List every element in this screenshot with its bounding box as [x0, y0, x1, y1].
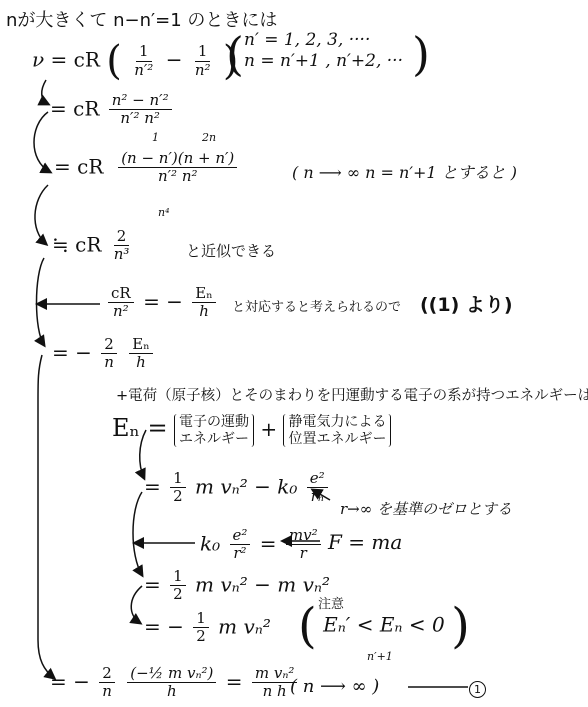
coulomb-constant: k₀ — [277, 474, 297, 498]
final-equation: = − 2n (−½ m vₙ²)h = m vₙ²n h — [50, 665, 300, 701]
eq-minus: = − — [52, 340, 92, 364]
energy-intro: +電荷（原子核）とそのまわりを円運動する電子の系が持つエネルギーは — [116, 384, 588, 405]
kinetic-term: m vₙ² — [195, 474, 248, 498]
frac-num: 1 — [193, 610, 209, 628]
frac-num: n² − n′² — [109, 92, 172, 110]
frac-num: cR — [108, 285, 134, 303]
eq: = — [260, 531, 277, 555]
approx-note: と近似できる — [186, 240, 276, 261]
energy-definition: Eₙ = 電子の運動エネルギー + 静電気力による位置エネルギー — [112, 414, 391, 447]
condition-line2: n = n′+1 , n′+2, ··· — [230, 51, 403, 72]
frac-num: (n − n′)(n + n′) — [118, 150, 237, 168]
condition-line1: n′ = 1, 2, 3, ···· — [230, 30, 403, 51]
step2-equation: = cR (n − n′)(n + n′)n′² n² — [54, 150, 246, 186]
frac-num: 1 — [170, 470, 186, 488]
eq-minus: = − — [143, 289, 183, 313]
frac-den: n h — [260, 683, 290, 700]
brace-label-n4: n⁴ — [158, 206, 170, 219]
approx-cr: ≒ cR — [52, 232, 101, 256]
newton-law: F = ma — [328, 530, 402, 554]
nu-symbol: ν — [32, 48, 44, 72]
frac-den: n — [99, 683, 115, 700]
kinetic-term: m vₙ² — [195, 572, 248, 596]
eq-cr: = cR — [54, 154, 103, 178]
equation-number: 1 — [469, 678, 486, 698]
box-line: 電子の運動 — [179, 414, 249, 430]
frac-den: h — [133, 354, 149, 371]
kinetic-term: m vₙ² — [218, 614, 271, 638]
frac-num: e² — [307, 470, 328, 488]
eq: = — [226, 669, 243, 693]
eq-minus: = − — [144, 614, 184, 638]
potential-energy-box: 静電気力による位置エネルギー — [283, 414, 391, 446]
plus: + — [260, 417, 277, 441]
energy-step1: = 12 m vₙ² − k₀ e²rₙ — [144, 470, 331, 506]
caution-expr: Eₙ′ < Eₙ < 0 — [323, 613, 445, 637]
eq-minus: = − — [50, 669, 90, 693]
condition-note: ( n′ = 1, 2, 3, ···· n = n′+1 , n′+2, ··… — [230, 30, 403, 73]
frac-den: 2 — [170, 488, 186, 505]
step4-equation: = − 2n Eₙh — [52, 336, 156, 372]
frac-den: h — [196, 303, 212, 320]
frac-den: 2 — [193, 628, 209, 645]
frac-den: r² — [230, 545, 249, 562]
minus: − — [254, 572, 271, 596]
limit-condition: ( n ⟶ ∞ ) — [290, 676, 379, 697]
nu-equation: ν = cR ( 1n′² − 1n² ) — [32, 38, 238, 84]
equation-ref: ((1) より) — [420, 290, 513, 317]
kinetic-energy-box: 電子の運動エネルギー — [174, 414, 254, 446]
en-lhs: Eₙ = — [112, 414, 168, 442]
frac-den: n² — [110, 303, 132, 320]
frac-den: rₙ — [308, 488, 327, 505]
equation-label: 1 — [469, 681, 486, 698]
frac-den: h — [164, 683, 180, 700]
frac-num: 2 — [99, 665, 115, 683]
eq-cr: = cR — [50, 96, 99, 120]
frac-den: n² — [192, 62, 214, 79]
correspondence-equation: cRn² = − Eₙh — [105, 285, 219, 321]
reference-zero-note: r→∞ を基準のゼロとする — [340, 498, 512, 519]
frac-den: 2 — [170, 586, 186, 603]
frac-den: n′² n² — [155, 168, 201, 185]
frac-den: n — [101, 354, 117, 371]
eq-cr: = cR — [51, 48, 100, 72]
correspondence-note: と対応すると考えられるので — [232, 296, 401, 315]
eq: = — [144, 474, 161, 498]
box-line: 位置エネルギー — [288, 431, 386, 447]
frac-den: n′² — [131, 62, 156, 79]
box-line: エネルギー — [179, 431, 249, 447]
frac-den: r — [297, 545, 310, 562]
frac-num: Eₙ — [192, 285, 215, 303]
frac-num: mv² — [286, 527, 321, 545]
frac-den: n′² n² — [117, 110, 163, 127]
frac-num: 2 — [101, 336, 117, 354]
limit-note: ( n ⟶ ∞ n = n′+1 とすると ) — [292, 160, 517, 183]
eq: = — [144, 572, 161, 596]
frac-num: Eₙ — [129, 336, 152, 354]
coulomb-constant: k₀ — [200, 531, 220, 555]
energy-step3: = − 12 m vₙ² — [144, 610, 271, 646]
frac-num: 1 — [136, 43, 152, 61]
caution-subscript: n′+1 — [367, 650, 393, 663]
force-equation: k₀ e²r² = mv²r — [200, 527, 324, 563]
minus: − — [254, 474, 271, 498]
frac-num: 1 — [170, 568, 186, 586]
frac-num: e² — [230, 527, 251, 545]
brace-label-1: 1 — [152, 131, 159, 144]
frac-den: n³ — [111, 246, 133, 263]
frac-num: (−½ m vₙ²) — [127, 665, 216, 683]
caution-box: ( Eₙ′ < Eₙ < 0 ) — [298, 598, 470, 654]
brace-label-2n: 2n — [202, 131, 216, 144]
step3-equation: ≒ cR 2n³ — [52, 228, 135, 264]
frac-num: 1 — [195, 43, 211, 61]
box-line: 静電気力による — [288, 414, 386, 430]
step1-equation: = cR n² − n′²n′² n² — [50, 92, 175, 128]
minus: − — [166, 48, 183, 72]
frac-num: 2 — [114, 228, 130, 246]
